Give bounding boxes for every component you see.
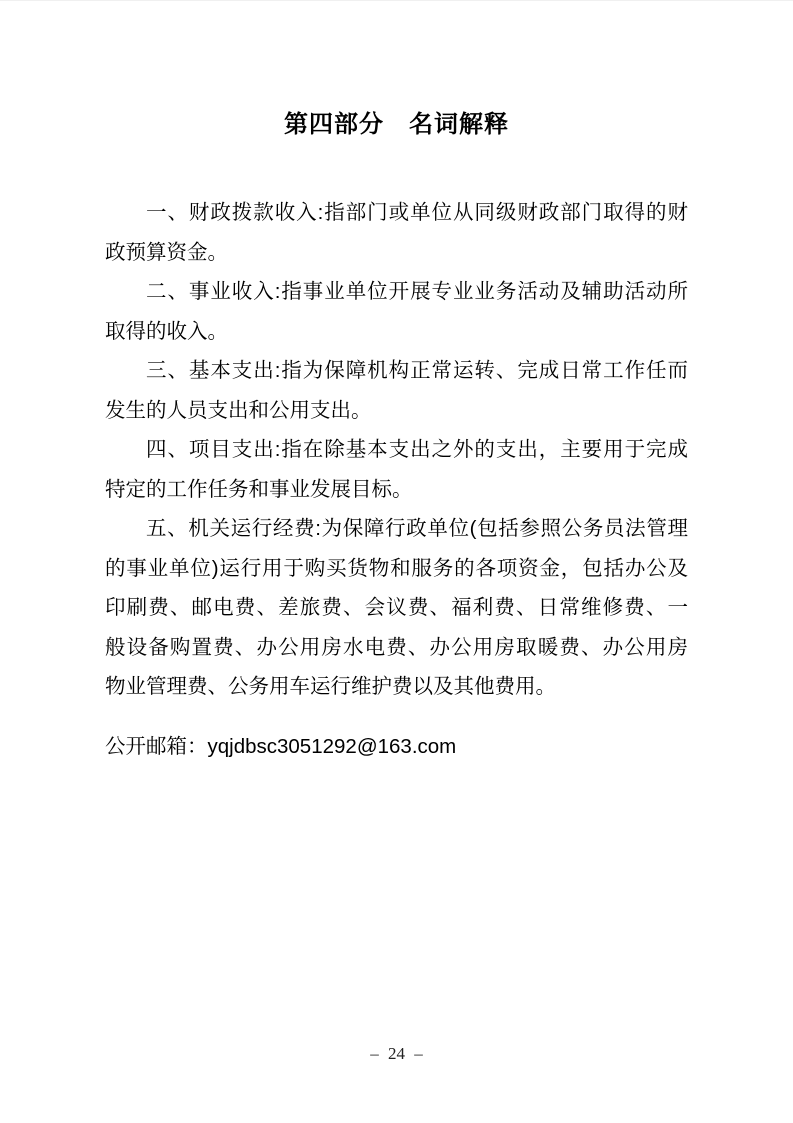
paragraph-line: 特定的工作任务和事业发展目标。	[105, 470, 688, 510]
paragraph-line: 般设备购置费、办公用房水电费、办公用房取暖费、办公用房	[105, 628, 688, 668]
document-body: 一、财政拨款收入:指部门或单位从同级财政部门取得的财 政预算资金。 二、事业收入…	[105, 193, 688, 766]
page-number: – 24 –	[0, 1043, 793, 1065]
public-email-address: yqjdbsc3051292@163.com	[208, 735, 457, 758]
paragraph-line: 五、机关运行经费:为保障行政单位(包括参照公务员法管理	[105, 509, 688, 549]
paragraph-line: 政预算资金。	[105, 233, 688, 273]
paragraph-line: 取得的收入。	[105, 312, 688, 352]
paragraph-basic-expenditure: 三、基本支出:指为保障机构正常运转、完成日常工作任而 发生的人员支出和公用支出。	[105, 351, 688, 430]
document-page: 第四部分 名词解释 一、财政拨款收入:指部门或单位从同级财政部门取得的财 政预算…	[0, 0, 793, 1123]
paragraph-operational-income: 二、事业收入:指事业单位开展专业业务活动及辅助活动所 取得的收入。	[105, 272, 688, 351]
paragraph-line: 一、财政拨款收入:指部门或单位从同级财政部门取得的财	[105, 193, 688, 233]
paragraph-line: 三、基本支出:指为保障机构正常运转、完成日常工作任而	[105, 351, 688, 391]
paragraph-line: 发生的人员支出和公用支出。	[105, 391, 688, 431]
paragraph-line: 物业管理费、公务用车运行维护费以及其他费用。	[105, 667, 688, 707]
paragraph-line: 四、项目支出:指在除基本支出之外的支出，主要用于完成	[105, 430, 688, 470]
paragraph-fiscal-appropriation-income: 一、财政拨款收入:指部门或单位从同级财政部门取得的财 政预算资金。	[105, 193, 688, 272]
paragraph-line: 二、事业收入:指事业单位开展专业业务活动及辅助活动所	[105, 272, 688, 312]
paragraph-line: 的事业单位)运行用于购买货物和服务的各项资金，包括办公及	[105, 549, 688, 589]
page-title: 第四部分 名词解释	[105, 109, 688, 141]
paragraph-agency-operating-funds: 五、机关运行经费:为保障行政单位(包括参照公务员法管理 的事业单位)运行用于购买…	[105, 509, 688, 707]
paragraph-project-expenditure: 四、项目支出:指在除基本支出之外的支出，主要用于完成 特定的工作任务和事业发展目…	[105, 430, 688, 509]
paragraph-line: 印刷费、邮电费、差旅费、会议费、福利费、日常维修费、一	[105, 588, 688, 628]
public-email-line: 公开邮箱：yqjdbsc3051292@163.com	[105, 727, 688, 767]
public-email-label: 公开邮箱：	[105, 735, 208, 758]
